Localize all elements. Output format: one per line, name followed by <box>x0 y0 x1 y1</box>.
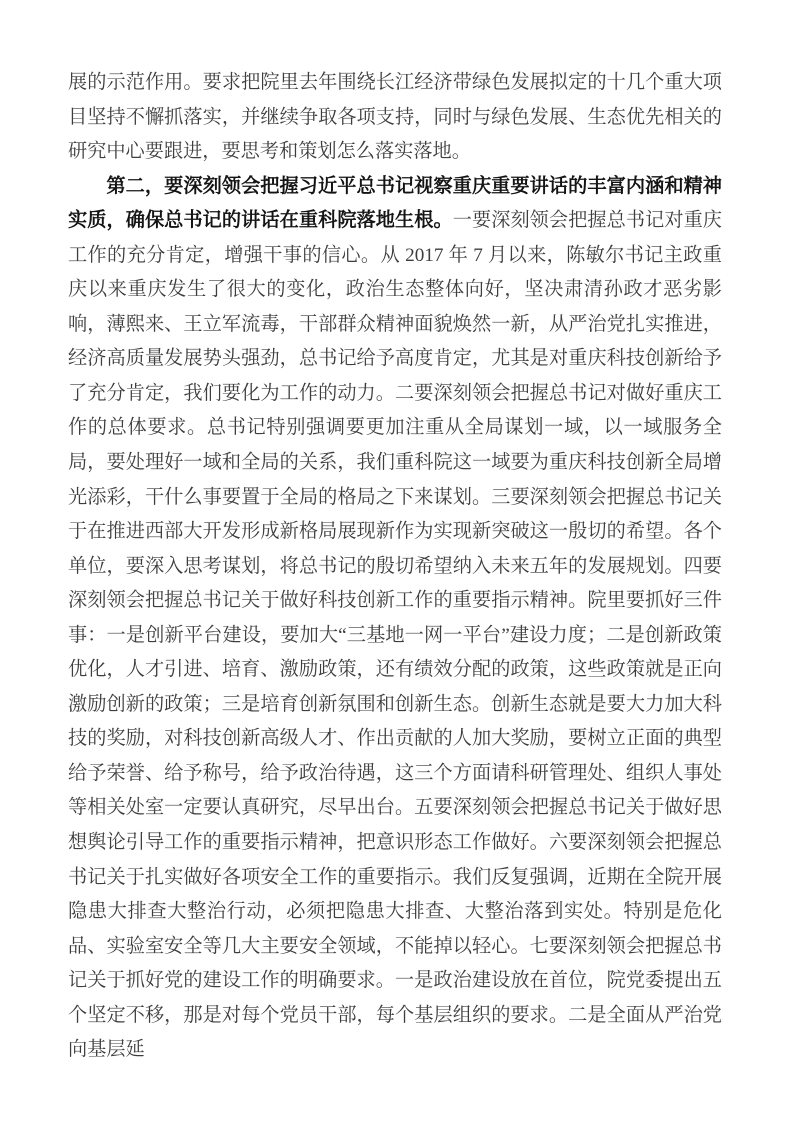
paragraph-second-body: 一要深刻领会把握总书记对重庆工作的充分肯定，增强干事的信心。从 2017 年 7… <box>68 210 722 1060</box>
paragraph-continuation: 展的示范作用。要求把院里去年围绕长江经济带绿色发展拟定的十几个重大项目坚持不懈抓… <box>68 66 722 170</box>
document-page: 展的示范作用。要求把院里去年围绕长江经济带绿色发展拟定的十几个重大项目坚持不懈抓… <box>0 0 793 1122</box>
paragraph-second: 第二，要深刻领会把握习近平总书记视察重庆重要讲话的丰富内涵和精神实质，确保总书记… <box>68 170 722 1068</box>
